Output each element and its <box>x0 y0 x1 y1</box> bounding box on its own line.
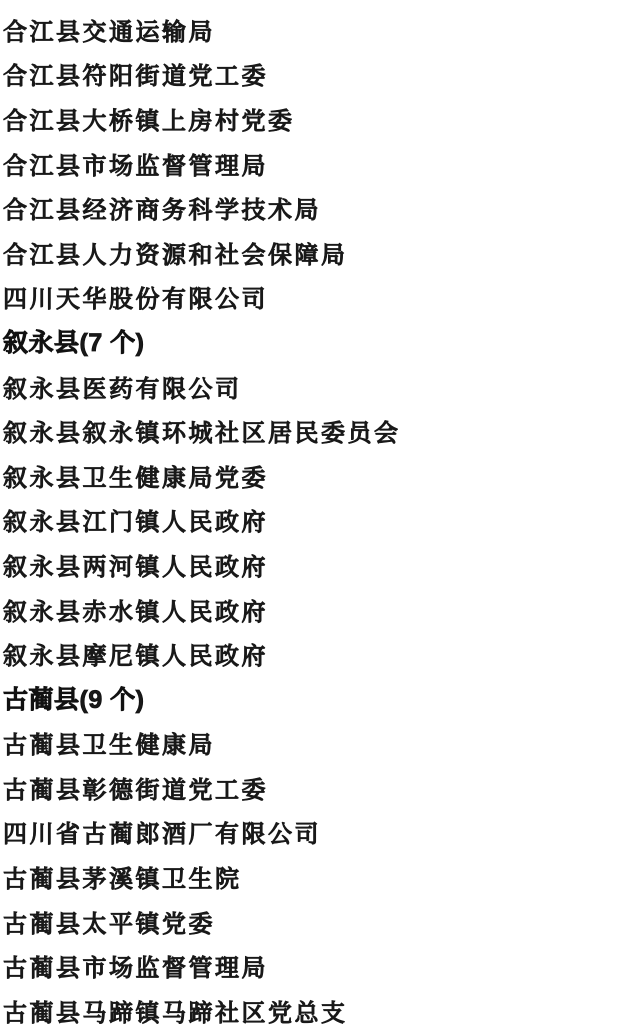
list-item: 古蔺县彰德街道党工委 <box>3 765 632 810</box>
list-item: 叙永县江门镇人民政府 <box>3 498 632 543</box>
list-item: 叙永县两河镇人民政府 <box>3 542 632 587</box>
list-item: 四川天华股份有限公司 <box>3 275 632 320</box>
list-item: 古蔺县市场监督管理局 <box>3 943 632 988</box>
list-item: 合江县交通运输局 <box>3 7 632 52</box>
list-item: 古蔺县马蹄镇马蹄社区党总支 <box>3 988 632 1033</box>
list-item: 叙永县叙永镇环城社区居民委员会 <box>3 408 632 453</box>
list-item: 合江县大桥镇上房村党委 <box>3 96 632 141</box>
document-page: 合江县交通运输局 合江县符阳街道党工委 合江县大桥镇上房村党委 合江县市场监督管… <box>0 0 640 1033</box>
list-item: 合江县符阳街道党工委 <box>3 52 632 97</box>
list-item: 古蔺县太平镇党委 <box>3 899 632 944</box>
list-item: 叙永县卫生健康局党委 <box>3 453 632 498</box>
list-item: 古蔺县卫生健康局 <box>3 721 632 766</box>
list-item: 合江县市场监督管理局 <box>3 141 632 186</box>
list-item: 叙永县摩尼镇人民政府 <box>3 631 632 676</box>
list-item: 叙永县赤水镇人民政府 <box>3 587 632 632</box>
list-item: 合江县人力资源和社会保障局 <box>3 230 632 275</box>
list-item: 叙永县医药有限公司 <box>3 364 632 409</box>
list-item: 古蔺县茅溪镇卫生院 <box>3 854 632 899</box>
list-item: 四川省古蔺郎酒厂有限公司 <box>3 810 632 855</box>
section-header-xuyong: 叙永县(7 个) <box>3 319 632 364</box>
list-item: 合江县经济商务科学技术局 <box>3 185 632 230</box>
section-header-gulin: 古蔺县(9 个) <box>3 676 632 721</box>
